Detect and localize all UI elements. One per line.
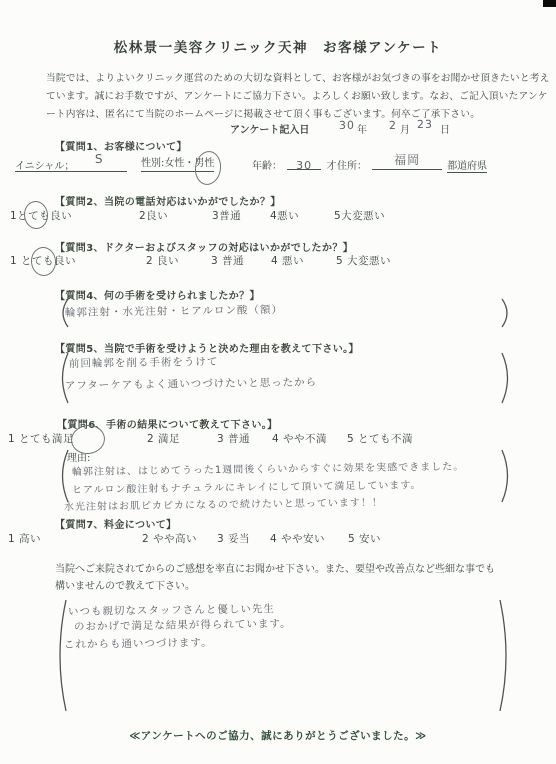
q3-option-4: 4 悪い <box>271 253 304 268</box>
date-month-handwritten: 2 <box>389 119 397 132</box>
question-3-heading: 【質問3、ドクターおよびスタッフの対応はいかがでしたか？】 <box>55 239 353 254</box>
q6-option-2: 2 満足 <box>147 431 180 446</box>
question-7-heading: 【質問7、料金について】 <box>55 516 177 531</box>
age-unit: 才 <box>326 161 336 172</box>
q6-option-5: 5 とても不満 <box>347 431 413 446</box>
q2-option-2: 2良い <box>139 208 168 223</box>
question-2-heading: 【質問2、当院の電話対応はいかがでしたか？】 <box>55 193 281 208</box>
date-day-unit: 日 <box>440 121 450 136</box>
date-day-handwritten: 23 <box>417 118 433 131</box>
date-year-handwritten: 30 <box>339 119 355 132</box>
age-field: 年齢： 30 才 <box>252 154 336 173</box>
q3-option-2: 2 良い <box>146 253 179 268</box>
q7-option-2: 2 やや高い <box>142 531 197 546</box>
q3-selection-circle <box>30 246 57 277</box>
initial-field: イニシャル； S <box>15 154 127 172</box>
q2-option-3: 3普通 <box>212 208 241 223</box>
q6-option-4: 4 やや不満 <box>272 431 327 446</box>
intro-paragraph: 当院では、よりよいクリニック運営のための大切な資料として、お客様がお気づきの事を… <box>46 70 549 124</box>
scan-artifact-mark <box>543 0 556 7</box>
q5-answer-box: 前回輪郭を削る手術をうけて アフターケアもよく通いつづけたいと思ったから <box>55 349 515 407</box>
initial-value-handwritten: S <box>95 152 104 166</box>
q4-answer-box: 輪郭注射・水光注射・ヒアルロン酸（額） <box>55 296 515 330</box>
q6-reason-line: 水光注射はお肌ピカピカになるので続けたいと思っています！！ <box>64 494 383 513</box>
address-unit: 都道府県 <box>447 157 487 173</box>
q2-selection-circle <box>23 200 50 230</box>
q6-option-3: 3 普通 <box>217 431 250 446</box>
q6-option-1: 1 とても満足 <box>8 431 74 446</box>
age-value-handwritten: 30 <box>296 159 312 172</box>
q6-reason-label: 理由: <box>67 449 90 464</box>
feedback-answer-line: のおかげで満足な結果が得られています。 <box>74 616 292 634</box>
q6-reason-box: 理由: 輪郭注射は、はじめてうった1週間後くらいからすぐに効果を実感できました。… <box>55 446 515 506</box>
address-field: 住所： 福岡 都道府県 <box>337 154 487 173</box>
q2-option-5: 5大変悪い <box>334 208 385 223</box>
feedback-prompt: 当院へご来院されてからのご感想を率直にお聞かせ下さい。また、要望や改善点など些細… <box>55 561 495 595</box>
survey-title: 松林景一美容クリニック天神 お客様アンケート <box>0 36 556 56</box>
q4-answer-handwritten: 輪郭注射・水光注射・ヒアルロン酸（額） <box>65 302 283 320</box>
address-label: 住所： <box>337 161 367 172</box>
q2-option-4: 4悪い <box>270 208 299 223</box>
q7-option-5: 5 安い <box>348 531 381 546</box>
age-label: 年齢： <box>252 161 282 172</box>
feedback-answer-box: いつも親切なスタッフさんと優しい先生 のおかげで満足な結果が得られています。 こ… <box>52 596 514 715</box>
date-month-unit: 月 <box>400 121 410 136</box>
address-value-handwritten: 福岡 <box>394 153 420 167</box>
q3-option-5: 5 大変悪い <box>336 253 391 268</box>
q3-option-3: 3 普通 <box>211 253 244 268</box>
question-1-heading: 【質問1、お客様について】 <box>55 138 187 153</box>
intro-line: ています。誠にお手数ですが、アンケートにご協力下さい。よろしくお願い致します。な… <box>46 88 549 106</box>
closing-thanks: ≪アンケートへのご協力、誠にありがとうございました。≫ <box>0 728 556 743</box>
feedback-prompt-line: 構いませんので教えて下さい。 <box>55 578 495 595</box>
q7-option-4: 4 やや安い <box>270 531 325 546</box>
date-year-unit: 年 <box>357 121 367 136</box>
survey-scan-page: 松林景一美容クリニック天神 お客様アンケート 当院では、よりよいクリニック運営の… <box>0 0 556 764</box>
q7-option-1: 1 高い <box>8 531 41 546</box>
feedback-prompt-line: 当院へご来院されてからのご感想を率直にお聞かせ下さい。また、要望や改善点など些細… <box>55 561 495 578</box>
q5-answer-line: 前回輪郭を削る手術をうけて <box>69 354 219 371</box>
q7-option-3: 3 妥当 <box>217 531 250 546</box>
survey-date-label: アンケート記入日 <box>230 121 309 136</box>
feedback-answer-line: これからも通いつづけます。 <box>64 635 213 652</box>
intro-line: 当院では、よりよいクリニック運営のための大切な資料として、お客様がお気づきの事を… <box>46 70 549 88</box>
initial-label: イニシャル； <box>15 161 74 172</box>
